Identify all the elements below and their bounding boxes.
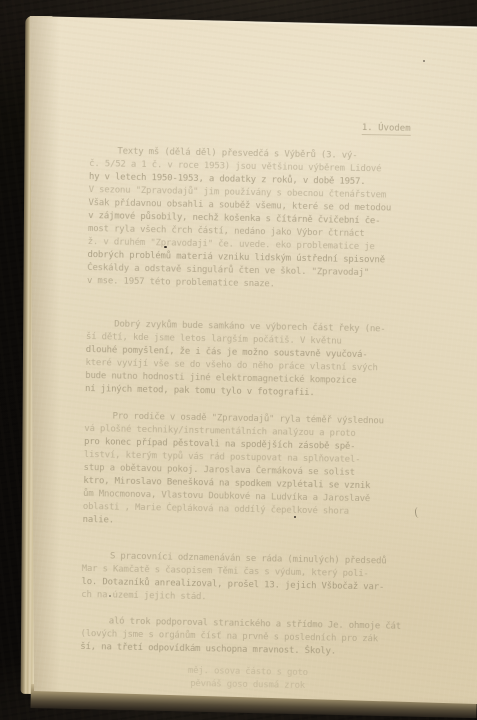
paragraph: Dobrý zvykům bude samkáno ve výborech čá… <box>85 318 426 402</box>
page-text-layer: 1. Úvodem Texty mš (dělá děl) přesvedčá … <box>79 117 430 703</box>
dust-speck <box>423 60 425 62</box>
paragraph: Pro rodiče v osadě "Zpravodajů" ryla tém… <box>82 410 424 533</box>
footer-ghost-lines: měj. osova částo s goto pěvnáš goso dusm… <box>168 665 328 694</box>
pen-mark <box>415 507 422 518</box>
dust-speck <box>294 516 296 518</box>
page-heading-label: 1. Úvodem <box>362 123 411 136</box>
ghost-text-line: pěvnáš goso dusmá zrok <box>168 678 328 694</box>
page-heading: 1. Úvodem <box>362 122 411 136</box>
scanned-document-view: 1. Úvodem Texty mš (dělá děl) přesvedčá … <box>0 0 477 720</box>
dust-speck <box>164 246 167 248</box>
paragraph: Texty mš (dělá děl) přesvedčá s Výběrů (… <box>87 145 430 294</box>
paragraph: S pracovníci odznamenáván se ráda (minul… <box>81 550 422 608</box>
paragraph: aló trok podporoval stranického a střídm… <box>80 615 421 660</box>
dust-speck <box>109 595 111 597</box>
